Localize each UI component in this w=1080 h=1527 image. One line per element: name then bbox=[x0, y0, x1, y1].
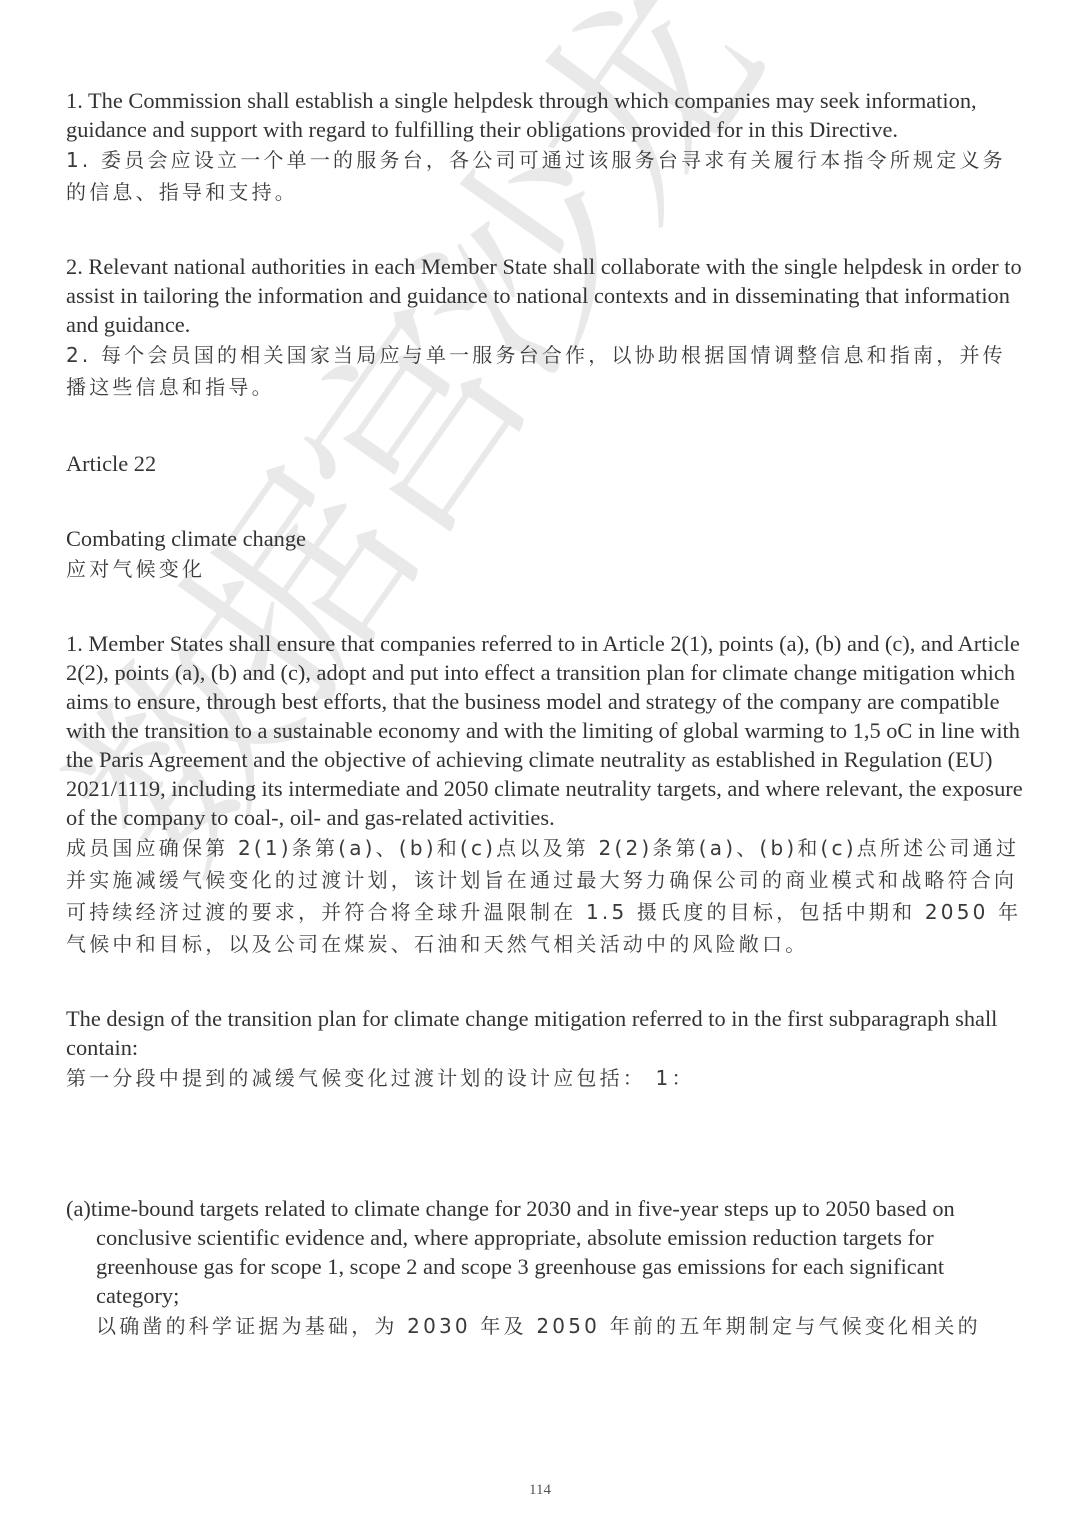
paragraph-en: The design of the transition plan for cl… bbox=[66, 1004, 1026, 1062]
paragraph-en: 1. The Commission shall establish a sing… bbox=[66, 86, 1026, 144]
paragraph-en: 2. Relevant national authorities in each… bbox=[66, 252, 1026, 339]
paragraph-zh: 1. 委员会应设立一个单一的服务台，各公司可通过该服务台寻求有关履行本指令所规定… bbox=[66, 144, 1026, 208]
article-title-zh: 应对气候变化 bbox=[66, 553, 1026, 585]
paragraph-helpdesk-1: 1. The Commission shall establish a sing… bbox=[66, 86, 1026, 208]
paragraph-zh: 成员国应确保第 2(1)条第(a)、(b)和(c)点以及第 2(2)条第(a)、… bbox=[66, 832, 1026, 960]
list-item-en: (a)time-bound targets related to climate… bbox=[66, 1194, 1026, 1310]
article-title: Combating climate change 应对气候变化 bbox=[66, 524, 1026, 585]
paragraph-zh: 2. 每个会员国的相关国家当局应与单一服务台合作，以协助根据国情调整信息和指南，… bbox=[66, 339, 1026, 403]
list-item-a: (a)time-bound targets related to climate… bbox=[66, 1194, 1026, 1342]
list-item-zh: 以确凿的科学证据为基础，为 2030 年及 2050 年前的五年期制定与气候变化… bbox=[66, 1310, 1026, 1342]
paragraph-design-intro: The design of the transition plan for cl… bbox=[66, 1004, 1026, 1094]
page-number: 114 bbox=[0, 1482, 1080, 1499]
paragraph-climate-1: 1. Member States shall ensure that compa… bbox=[66, 629, 1026, 960]
paragraph-zh: 第一分段中提到的减缓气候变化过渡计划的设计应包括： 1： bbox=[66, 1062, 1026, 1094]
article-title-en: Combating climate change bbox=[66, 524, 1026, 553]
paragraph-en: 1. Member States shall ensure that compa… bbox=[66, 629, 1026, 832]
article-heading: Article 22 bbox=[66, 449, 1026, 478]
paragraph-helpdesk-2: 2. Relevant national authorities in each… bbox=[66, 252, 1026, 403]
document-page: 1. The Commission shall establish a sing… bbox=[66, 86, 1026, 1342]
